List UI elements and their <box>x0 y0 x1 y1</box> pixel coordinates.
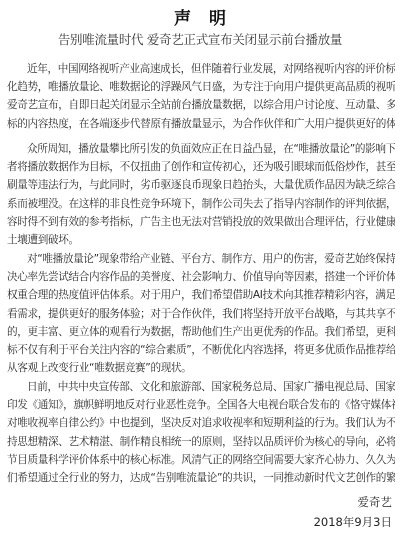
text-line: 容时得不到有效的参考指标，广告主也无法对营销投放的效果做出合理评估，行业健康可持… <box>7 213 395 231</box>
text-line: 标不仅有利于平台关注内容的“综合素质”，不断优化内容选择，将更多优质作品推荐给用… <box>7 341 395 359</box>
text-line: 印发《通知》，旗帜鲜明地反对行业恶性竞争。全国各大电视台联合发布的《恪守媒体社会… <box>7 396 395 414</box>
text-line: 众所周知，播放量攀比所引发的负面效应正在日益凸显，在“唯播放量论”的影响下，不少… <box>7 140 395 158</box>
text-line: 决心率先尝试结合内容作品的美誉度、社会影响力、价值导向等因素，搭建一个评价体系多… <box>7 268 395 286</box>
text-line: 土壤遭到破坏。 <box>7 231 395 249</box>
text-line: 爱奇艺宣布，自即日起关闭显示全站前台播放量数据，以综合用户讨论度、互动量、多维度… <box>7 96 395 114</box>
text-line: 标的内容热度，在各端逐步代替原有播放量显示，为合作伙伴和广大用户提供更好的体验。 <box>7 115 395 133</box>
text-line: 对“唯播放量论”现象带给产业链、平台方、制作方、用户的伤害，爱奇艺始终保持高度警… <box>7 250 395 268</box>
text-line: 权重合理的热度值评估体系。对于用户，我们希望借助AI技术向其推荐精彩内容，满足更… <box>7 286 395 304</box>
signature-date: 2018年9月3日 <box>314 514 392 530</box>
text-line: 系而被埋没。在这样的非良性竞争环境下，制作公司失去了指导内容制作的评判依据，用户… <box>7 195 395 213</box>
text-line: 们希望通过全行业的努力，达成“告别唯流量论”的共识，一同推动新时代文艺创作的繁荣… <box>7 469 395 487</box>
text-line: 者将播放数据作为目标，不仅扭曲了创作和宣传初心，还为吸引眼球而低俗炒作，甚至令行… <box>7 158 395 176</box>
text-line: 刷量等违法行为，与此同时，劣币驱逐良币现象日趋抬头，大量优质作品因为缺乏综合客观… <box>7 176 395 194</box>
text-line: 持思想精深、艺术精湛、制作精良相统一的原则，坚持以品质评价为核心的导向，必将成为… <box>7 433 395 451</box>
paragraph-2: 众所周知，播放量攀比所引发的负面效应正在日益凸显，在“唯播放量论”的影响下，不少… <box>7 140 395 249</box>
document-title: 声明 <box>0 4 400 29</box>
text-line: 节目质量科学评价体系中的核心标准。风清气正的网络空间需要大家齐心协力、久久为功来… <box>7 451 395 469</box>
text-line: 看需求，提供更好的服务体验；对于合作伙伴，我们将坚持开放平台战略，与其共享不仅限… <box>7 305 395 323</box>
text-line: 化趋势，唯播放量论、唯数据论的浮躁风气日盛，为专注于向用户提供更高品质的视听内容… <box>7 78 395 96</box>
text-line: 日前，中共中央宣传部、文化和旅游部、国家税务总局、国家广播电视总局、国家电影局等… <box>7 378 395 396</box>
text-line: 近年，中国网络视听产业高速成长，但伴随着行业发展，对网络视听内容的评价标准正呈现… <box>7 60 395 78</box>
signature-organization: 爱奇艺 <box>358 494 393 510</box>
text-line: 对唯收视率自律公约》中也提到，坚决反对追求收视率和短期利益的行为。我们认为不唯点… <box>7 414 395 432</box>
text-line: 的，更丰富、更立体的观看行为数据，帮助他们生产出更优秀的作品。我们希望，更科学的… <box>7 323 395 341</box>
paragraph-3: 对“唯播放量论”现象带给产业链、平台方、制作方、用户的伤害，爱奇艺始终保持高度警… <box>7 250 395 377</box>
document-subtitle: 告别唯流量时代 爱奇艺正式宣布关闭显示前台播放量 <box>0 30 400 48</box>
text-line: 从客观上改变行业“唯数据竞赛”的现状。 <box>7 359 395 377</box>
paragraph-1: 近年，中国网络视听产业高速成长，但伴随着行业发展，对网络视听内容的评价标准正呈现… <box>7 60 395 133</box>
paragraph-4: 日前，中共中央宣传部、文化和旅游部、国家税务总局、国家广播电视总局、国家电影局等… <box>7 378 395 487</box>
